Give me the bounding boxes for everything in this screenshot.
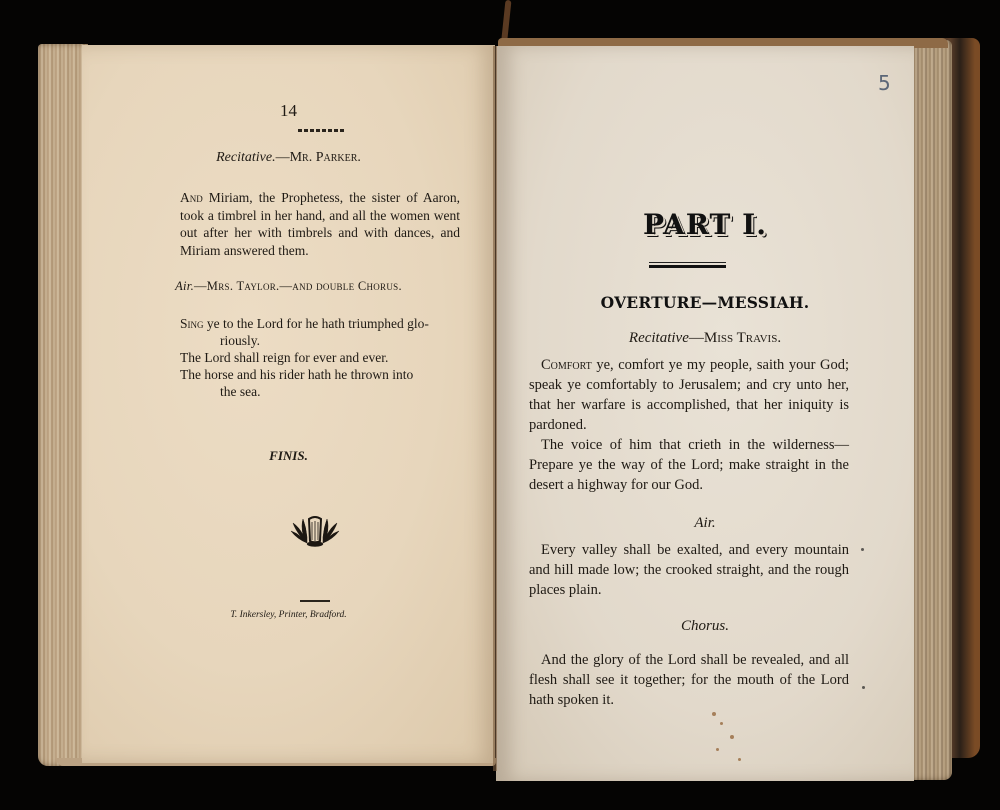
verse-line: the sea. <box>180 383 470 400</box>
section-heading-air: Air.—Mrs. Taylor.—and double Chorus. <box>82 279 495 294</box>
heading-label: Recitative. <box>216 150 275 165</box>
page-number: 14 <box>82 101 495 121</box>
handwritten-page-number: 5 <box>878 71 891 95</box>
foxing-spot <box>712 712 716 716</box>
printer-imprint: T. Inkersley, Printer, Bradford. <box>82 610 495 620</box>
double-rule <box>649 262 726 269</box>
overture-title: OVERTURE—MESSIAH. <box>496 293 914 312</box>
part-title: PART I. <box>496 208 914 241</box>
lead-word: And <box>180 190 203 205</box>
section-heading-recitative: Recitative—Miss Travis. <box>496 330 914 347</box>
section-heading-air: Air. <box>496 515 914 532</box>
line-text: the sea. <box>220 384 260 399</box>
recitative-paragraph-1: Comfort ye, comfort ye my people, saith … <box>529 355 849 435</box>
book-gutter <box>493 46 497 771</box>
lyre-wreath-icon <box>287 513 343 549</box>
line-text: riously. <box>220 333 260 348</box>
air-paragraph: Every valley shall be exalted, and every… <box>529 540 849 600</box>
foxing-spot <box>716 748 719 751</box>
paragraph-text: Miriam, the Prophetess, the sister of Aa… <box>180 190 460 258</box>
lead-word: Sing <box>180 316 204 331</box>
line-text: The horse and his rider hath he thrown i… <box>180 367 413 382</box>
heading-performer: —Miss Travis. <box>689 330 781 346</box>
paragraph-text: And the glory of the Lord shall be revea… <box>529 650 849 710</box>
line-text: The Lord shall reign for ever and ever. <box>180 350 388 365</box>
foxing-spot <box>862 686 865 689</box>
lead-word: Comfort <box>541 357 592 373</box>
recitative-text: And Miriam, the Prophetess, the sister o… <box>180 189 460 259</box>
chorus-paragraph: And the glory of the Lord shall be revea… <box>529 650 849 710</box>
page-edges-right <box>912 40 952 780</box>
heading-label: Recitative <box>629 330 689 346</box>
page-edges-left <box>38 44 88 766</box>
heading-performer: —Mrs. Taylor.—and double Chorus. <box>194 279 402 293</box>
verse-line: The horse and his rider hath he thrown i… <box>180 366 470 383</box>
ornamental-rule <box>298 129 344 132</box>
foxing-spot <box>730 735 734 739</box>
recitative-paragraph-2: The voice of him that crieth in the wild… <box>529 435 849 495</box>
foxing-spot <box>861 548 864 551</box>
air-verse: Sing ye to the Lord for he hath triumphe… <box>180 315 470 400</box>
verse-line: riously. <box>180 332 470 349</box>
section-heading-chorus: Chorus. <box>496 618 914 635</box>
verse-line: The Lord shall reign for ever and ever. <box>180 349 470 366</box>
finis-label: FINIS. <box>82 448 495 464</box>
line-text: ye to the Lord for he hath triumphed glo… <box>204 316 429 331</box>
paragraph-text: The voice of him that crieth in the wild… <box>529 435 849 495</box>
section-heading-recitative: Recitative.—Mr. Parker. <box>82 150 495 166</box>
foxing-spot <box>738 758 741 761</box>
verse-line: Sing ye to the Lord for he hath triumphe… <box>180 315 470 332</box>
divider-rule <box>300 600 330 602</box>
heading-label: Air. <box>175 279 194 293</box>
heading-performer: —Mr. Parker. <box>276 150 361 165</box>
foxing-spot <box>720 722 723 725</box>
paragraph-text: Every valley shall be exalted, and every… <box>529 540 849 600</box>
